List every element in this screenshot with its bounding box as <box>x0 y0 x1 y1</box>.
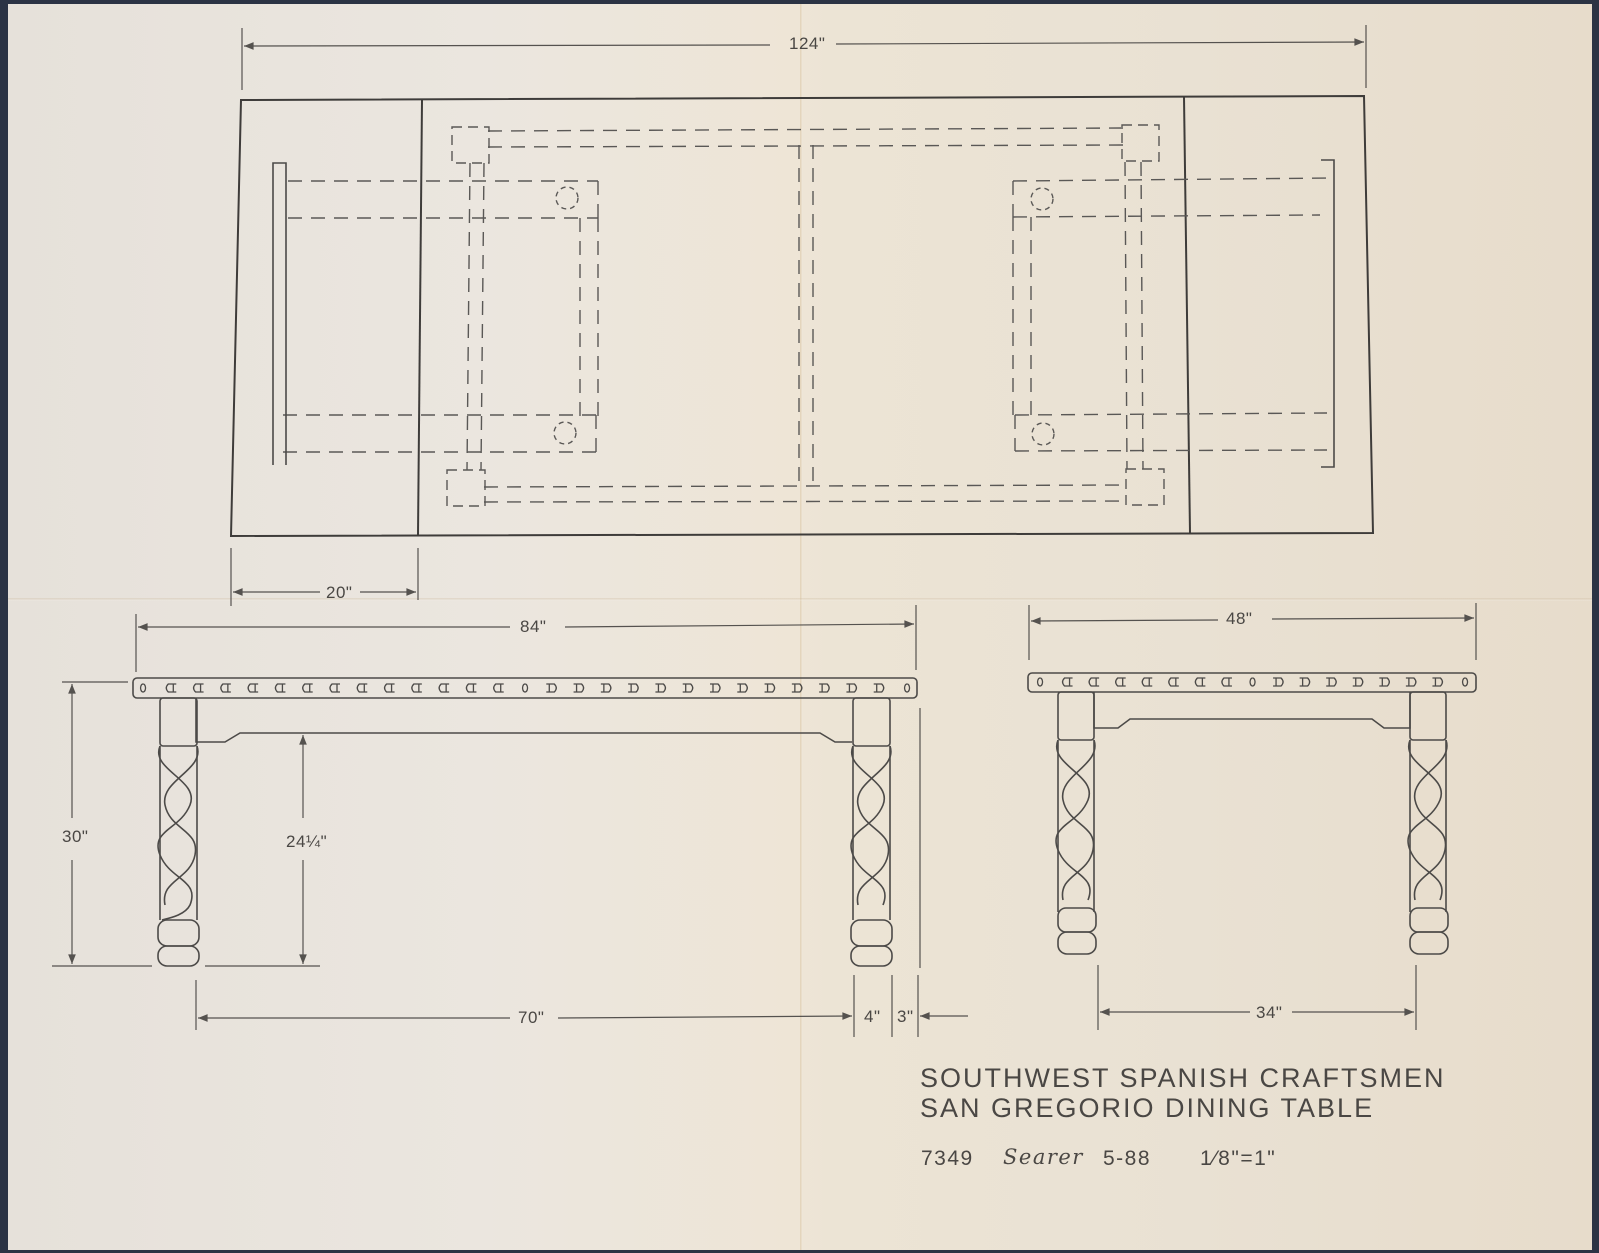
drawing-scale: 1⁄8"=1" <box>1200 1147 1276 1171</box>
dim-leg-spacing: 70" <box>518 1008 544 1028</box>
drawing-date: 5-88 <box>1103 1147 1151 1171</box>
drawing-number: 7349 <box>921 1147 974 1171</box>
plan-view <box>231 25 1373 606</box>
drafter-signature: Searer <box>1003 1145 1084 1169</box>
dim-leg-width: 4" <box>864 1007 881 1027</box>
dim-apron-clearance: 24¼" <box>286 832 327 852</box>
front-elevation <box>52 605 968 1037</box>
dim-leaf-width: 20" <box>326 583 352 603</box>
dim-top-length: 84" <box>520 617 546 637</box>
dim-overall-height: 30" <box>62 827 88 847</box>
dim-overall-length: 124" <box>789 34 825 54</box>
edge-carving-notches <box>141 684 910 692</box>
end-elevation <box>1028 603 1476 1030</box>
product-name: SAN GREGORIO DINING TABLE <box>920 1093 1374 1124</box>
dim-overhang: 3" <box>897 1007 914 1027</box>
dim-top-width: 48" <box>1226 609 1252 629</box>
company-name: SOUTHWEST SPANISH CRAFTSMEN <box>920 1063 1446 1094</box>
edge-carving-notches <box>1038 678 1468 686</box>
dim-end-leg-spacing: 34" <box>1256 1003 1282 1023</box>
